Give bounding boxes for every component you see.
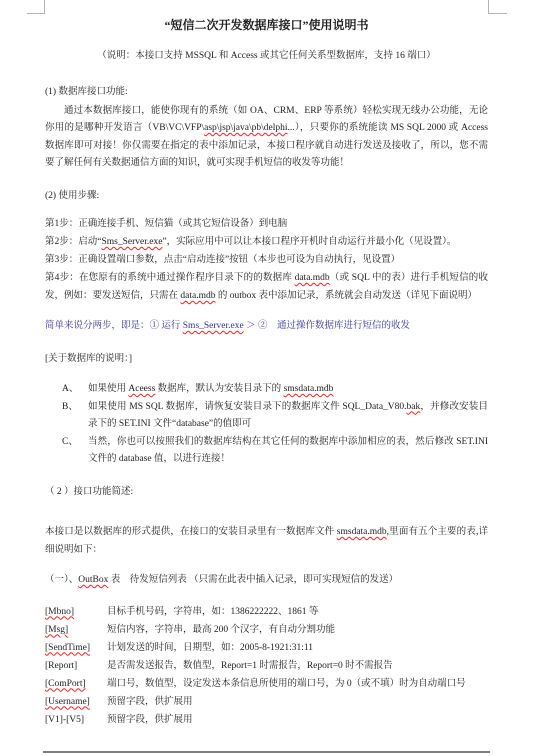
misspelled-access: Aceess <box>128 384 155 394</box>
field-row-sendtime: [SendTime] 计划发送的时间，日期型，如：2005-8-1921:31:… <box>45 639 488 657</box>
field-name-comport: [ComPort] <box>45 675 107 693</box>
database-note-heading: [关于数据库的说明：] <box>45 351 488 369</box>
field-name-sendtime: [SendTime] <box>45 639 107 657</box>
outbox-field-list: [Mbno] 目标手机号码，字符串，如：1386222222、1861 等 [M… <box>45 603 488 729</box>
usage-steps: 第1步：正确连接手机、短信猫（或其它短信设备）到电脑 第2步：启动“Sms_Se… <box>45 215 488 305</box>
list-item-b-label: B、 <box>62 399 78 417</box>
misspelled-sms-server-exe: Sms_Server.exe <box>183 321 244 331</box>
list-item-c-label: C、 <box>62 434 78 452</box>
list-item-a: A、如果使用 Aceess 数据库，默认为安装目录下的 smsdata.mdb <box>62 381 488 399</box>
footer-separator-rule <box>43 751 490 753</box>
misspelled-data-mdb: data.mdb <box>180 291 215 301</box>
list-item-b: B、如果使用 MS SQL 数据库，请恢复安装目录下的数据库文件 SQL_Dat… <box>62 399 488 434</box>
field-row-username: [Username] 预留字段，供扩展用 <box>45 693 488 711</box>
field-row-mbno: [Mbno] 目标手机号码，字符串，如：1386222222、1861 等 <box>45 603 488 621</box>
margin-crop-mark-top-left-vertical <box>44 0 45 14</box>
misspelled-dev-languages: asp\jsp\java\pb\delphi <box>204 123 287 133</box>
document-subtitle: （说明：本接口支持 MSSQL 和 Access 或其它任何关系型数据库，支持 … <box>45 48 488 65</box>
database-note-list: A、如果使用 Aceess 数据库，默认为安装目录下的 smsdata.mdb … <box>62 381 488 469</box>
field-desc-username: 预留字段，供扩展用 <box>107 693 488 711</box>
step-4: 第4步：在您原有的系统中通过操作程序目录下的的数据库 data.mdb（或 SQ… <box>45 269 488 305</box>
margin-crop-mark-top-right-vertical <box>488 0 489 14</box>
step-1: 第1步：正确连接手机、短信猫（或其它短信设备）到电脑 <box>45 215 488 233</box>
field-name-msg: [Msg] <box>45 621 107 639</box>
field-desc-v1-v5: 预留字段，供扩展用 <box>107 711 488 729</box>
margin-crop-mark-top-left-horizontal <box>27 13 45 14</box>
document-page: “短信二次开发数据库接口”使用说明书 （说明：本接口支持 MSSQL 和 Acc… <box>45 14 488 729</box>
two-step-summary: 简单来说分两步，即是：① 运行 Sms_Server.exe ＞ ② 通过操作数… <box>45 318 488 336</box>
field-name-v1-v5: [V1]-[V5] <box>45 711 107 729</box>
misspelled-smsdata-mdb: smsdata.mdb <box>337 527 387 537</box>
field-row-v1-v5: [V1]-[V5] 预留字段，供扩展用 <box>45 711 488 729</box>
misspelled-data-mdb: data.mdb <box>295 273 330 283</box>
field-name-mbno: [Mbno] <box>45 603 107 621</box>
interface-overview-paragraph: 本接口是以数据库的形式提供，在接口的安装目录里有一数据库文件 smsdata.m… <box>45 524 488 559</box>
field-desc-mbno: 目标手机号码，字符串，如：1386222222、1861 等 <box>107 603 488 621</box>
list-item-a-label: A、 <box>62 381 78 399</box>
field-row-comport: [ComPort] 端口号，数值型，设定发送本条信息所使用的端口号，为 0（或不… <box>45 675 488 693</box>
step-3: 第3步：正确设置端口参数，点击“启动连接”按钮（本步也可设为自动执行，见设置） <box>45 251 488 269</box>
field-desc-msg: 短信内容，字符串，最高 200 个汉字，有自动分割功能 <box>107 621 488 639</box>
field-row-report: [Report] 是否需发送报告，数值型，Report=1 时需报告，Repor… <box>45 657 488 675</box>
misspelled-sms-server-exe: Sms_Server.exe <box>101 237 162 247</box>
field-name-username: [Username] <box>45 693 107 711</box>
misspelled-outbox: OutBox <box>78 575 108 585</box>
margin-crop-mark-top-right-horizontal <box>488 13 507 14</box>
field-row-msg: [Msg] 短信内容，字符串，最高 200 个汉字，有自动分割功能 <box>45 621 488 639</box>
misspelled-smsdata-mdb: smsdata.mdb <box>284 384 334 394</box>
intro-paragraph: 通过本数据库接口，能使你现有的系统（如 OA、CRM、ERP 等系统）轻松实现无… <box>45 103 488 173</box>
step-2: 第2步：启动“Sms_Server.exe”，实际应用中可以让本接口程序开机时自… <box>45 233 488 251</box>
field-desc-comport: 端口号，数值型，设定发送本条信息所使用的端口号，为 0（或不填）时为自动端口号 <box>107 675 488 693</box>
field-name-report: [Report] <box>45 657 107 675</box>
field-desc-sendtime: 计划发送的时间，日期型，如：2005-8-1921:31:11 <box>107 639 488 657</box>
section-2-heading: (2) 使用步骤: <box>45 188 488 206</box>
outbox-table-heading: （一）、OutBox 表 待发短信列表 （只需在此表中插入记录，即可实现短信的发… <box>45 572 488 590</box>
document-title: “短信二次开发数据库接口”使用说明书 <box>45 17 488 33</box>
field-desc-report: 是否需发送报告，数值型，Report=1 时需报告，Report=0 时不需报告 <box>107 657 488 675</box>
list-item-c: C、当然，你也可以按照我们的数据库结构在其它任何的数据库中添加相应的表，然后修改… <box>62 434 488 469</box>
misspelled-bak: bak <box>407 402 421 412</box>
section-1-heading: (1) 数据库接口功能: <box>45 84 488 102</box>
section-3-heading: （ 2 ）接口功能简述: <box>45 484 488 502</box>
